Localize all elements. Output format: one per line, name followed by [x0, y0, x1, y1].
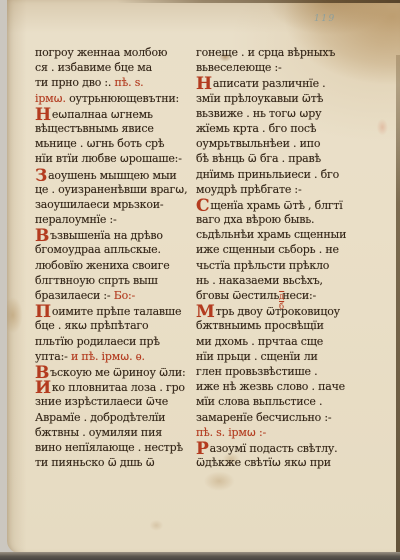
- text-run: азоумï подасть свѣтлу.: [210, 442, 338, 455]
- text-run: нïи втïи любве ѡрошаше:-: [35, 152, 182, 165]
- text-run: аписати различнïе .: [213, 77, 326, 90]
- page-edge-right: [396, 55, 400, 553]
- manuscript-line: иже сщенныи сьборь . не: [196, 243, 371, 258]
- manuscript-line: иже нѣ жезвь слово . паче: [196, 380, 371, 395]
- text-run: и пѣ. ірмѡ. ѳ.: [71, 350, 145, 363]
- text-run: бѣ вѣнць ѿ бга . правѣ: [196, 152, 321, 165]
- manuscript-line: мïи слова вьпльстисе .: [196, 395, 371, 410]
- manuscript-line: оумрьтвыльнѣеи . ипо: [196, 137, 371, 152]
- manuscript-line: ся . избавиме бце ма: [35, 61, 210, 76]
- manuscript-line: Ико пловнитаа лоза . гро: [35, 380, 210, 395]
- manuscript-line: моудрѣ прѣбгате :-: [196, 183, 371, 198]
- text-run: ти прно дво :.: [35, 76, 115, 89]
- text-run: пералоумнïе :-: [35, 213, 117, 226]
- manuscript-line: упта:- и пѣ. ірмѡ. ѳ.: [35, 350, 210, 365]
- manuscript-photo: 119 погроу женнаа молбоюся . избавиме бц…: [0, 0, 400, 560]
- manuscript-line: ми дхомь . прчтаа сще: [196, 335, 371, 350]
- manuscript-line: вьзвиже . нь тогѡ ѡру: [196, 107, 371, 122]
- text-run: вѣщестъвнымь явисе: [35, 122, 154, 135]
- text-run: днïимь приньльиеси . бго: [196, 168, 339, 181]
- manuscript-line: зние изрѣстилаеси ѿче: [35, 395, 210, 410]
- manuscript-line: нïи прьци . сщенïи ли: [196, 350, 371, 365]
- text-run: ваго дха вѣрою бывь.: [196, 213, 314, 226]
- text-run: погроу женнаа молбою: [35, 46, 167, 59]
- page-edge-top: [117, 0, 400, 3]
- text-run: бжтвныимь просвѣщïи: [196, 319, 324, 332]
- manuscript-line: блгтвноую спрть выш: [35, 274, 210, 289]
- manuscript-line: пльтïю родилаеси прѣ: [35, 335, 210, 350]
- text-run: ъзвышенïа на дрѣво: [50, 229, 163, 242]
- manuscript-line: Неѡпалнаа ѡгнемь: [35, 107, 210, 122]
- text-run: оумрьтвыльнѣеи . ипо: [196, 137, 320, 150]
- text-run: сьдѣльнѣи храмь сщенныи: [196, 228, 346, 241]
- manuscript-line: пѣ. ѕ. ірмѡ :-: [196, 426, 371, 441]
- text-run: щенïа храмь ѿтѣ , блгтï: [210, 199, 342, 212]
- manuscript-line: нïи втïи любве ѡрошаше:-: [35, 152, 210, 167]
- manuscript-line: замаренïе бесчисльно :-: [196, 411, 371, 426]
- manuscript-line: вѣщестъвнымь явисе: [35, 122, 210, 137]
- manuscript-line: жïемь крта . бго посѣ: [196, 122, 371, 137]
- manuscript-line: бце . якѡ прѣпѣтаго: [35, 319, 210, 334]
- manuscript-line: любовïю жениха своиге: [35, 259, 210, 274]
- text-run: пѣ. ѕ. ірмѡ :-: [196, 426, 266, 439]
- manuscript-line: Въскоую ме ѿриноу ѿли:: [35, 365, 210, 380]
- text-run: бговы ѿестиль неси:-: [196, 289, 316, 302]
- margin-note-letter: д: [279, 292, 284, 302]
- manuscript-line: чьстïа прѣльсти прѣкло: [196, 259, 371, 274]
- manuscript-line: ти прно дво :. пѣ. ѕ.: [35, 76, 210, 91]
- manuscript-line: це . оуизраненѣвши врагѡ,: [35, 183, 210, 198]
- folio-number: 119: [314, 14, 336, 24]
- manuscript-line: Разоумï подасть свѣтлу.: [196, 441, 371, 456]
- text-run: Аврамïе . добродѣтелïи: [35, 411, 165, 424]
- text-run: вино непïялающе . нестрѣ: [35, 441, 183, 454]
- manuscript-page: 119 погроу женнаа молбоюся . избавиме бц…: [7, 0, 400, 553]
- text-run: зние изрѣстилаеси ѿче: [35, 395, 168, 408]
- text-run: глен провьзвѣстише .: [196, 365, 317, 378]
- text-run: пѣ. ѕ.: [115, 76, 144, 89]
- manuscript-line: бгомоудраа апльскые.: [35, 243, 210, 258]
- text-run: аоушень мышцею мыи: [48, 169, 176, 182]
- text-run: бгомоудраа апльскые.: [35, 243, 161, 256]
- manuscript-line: бжтвны . оумиляи пия: [35, 426, 210, 441]
- text-run: бжтвны . оумиляи пия: [35, 426, 162, 439]
- margin-note-letter: б: [279, 302, 284, 312]
- text-run: нь . наказаеми вьсѣхъ,: [196, 274, 323, 287]
- text-run: трь двоу ѿтроковицоу: [216, 305, 340, 318]
- manuscript-line: ѿдѣкже свѣтïѡ якѡ при: [196, 456, 371, 471]
- manuscript-line: Написати различнïе .: [196, 76, 371, 91]
- manuscript-line: сьдѣльнѣи храмь сщенныи: [196, 228, 371, 243]
- text-run: бце . якѡ прѣпѣтаго: [35, 319, 148, 332]
- text-run: моудрѣ прѣбгате :-: [196, 183, 301, 196]
- margin-note: дб: [279, 292, 284, 312]
- manuscript-line: бразилаеси :- Бо:-: [35, 289, 210, 304]
- manuscript-line: мьнице . ѡгнь боть срѣ: [35, 137, 210, 152]
- column-right: гонеще . и срца вѣрныхъвьвеселеюще :-Нап…: [196, 46, 371, 471]
- manuscript-line: погроу женнаа молбою: [35, 46, 210, 61]
- text-run: ми дхомь . прчтаа сще: [196, 335, 323, 348]
- manuscript-line: вьвеселеюще :-: [196, 61, 371, 76]
- manuscript-line: заоушилаеси мрьзкои-: [35, 198, 210, 213]
- text-run: ко пловнитаа лоза . гро: [52, 381, 185, 394]
- text-run: мïи слова вьпльстисе .: [196, 395, 322, 408]
- text-run: пльтïю родилаеси прѣ: [35, 335, 160, 348]
- manuscript-line: Заоушень мышцею мыи: [35, 168, 210, 183]
- manuscript-line: пералоумнïе :-: [35, 213, 210, 228]
- text-run: ъскоую ме ѿриноу ѿли:: [50, 366, 185, 379]
- manuscript-line: нь . наказаеми вьсѣхъ,: [196, 274, 371, 289]
- text-run: заоушилаеси мрьзкои-: [35, 198, 163, 211]
- manuscript-line: бжтвныимь просвѣщïи: [196, 319, 371, 334]
- text-run: бразилаеси :-: [35, 289, 114, 302]
- manuscript-line: змïи прѣлоукавыи ѿтѣ: [196, 92, 371, 107]
- text-run: еѡпалнаа ѡгнемь: [52, 108, 153, 121]
- photo-edge-bottom: [0, 552, 400, 560]
- text-run: ѿдѣкже свѣтïѡ якѡ при: [196, 456, 331, 469]
- text-run: упта:-: [35, 350, 71, 363]
- manuscript-line: вино непïялающе . нестрѣ: [35, 441, 210, 456]
- text-run: ся . избавиме бце ма: [35, 61, 152, 74]
- manuscript-line: Сщенïа храмь ѿтѣ , блгтï: [196, 198, 371, 213]
- text-run: ірмѡ.: [35, 92, 69, 105]
- column-left: погроу женнаа молбоюся . избавиме бце ма…: [35, 46, 210, 471]
- manuscript-line: глен провьзвѣстише .: [196, 365, 371, 380]
- text-run: ти пияньско ѿ дшь ѿ: [35, 456, 155, 469]
- manuscript-line: ірмѡ. оутрьнюющевътни:: [35, 92, 210, 107]
- text-run: жïемь крта . бго посѣ: [196, 122, 316, 135]
- text-run: гонеще . и срца вѣрныхъ: [196, 46, 335, 59]
- text-run: иже нѣ жезвь слово . паче: [196, 380, 345, 393]
- text-run: вьвеселеюще :-: [196, 61, 282, 74]
- manuscript-line: ти пияньско ѿ дшь ѿ: [35, 456, 210, 471]
- text-run: вьзвиже . нь тогѡ ѡру: [196, 107, 321, 120]
- text-run: оутрьнюющевътни:: [69, 92, 179, 105]
- manuscript-line: гонеще . и срца вѣрныхъ: [196, 46, 371, 61]
- text-run: Бо:-: [114, 289, 135, 302]
- text-run: мьнице . ѡгнь боть срѣ: [35, 137, 164, 150]
- manuscript-line: днïимь приньльиеси . бго: [196, 168, 371, 183]
- manuscript-line: ваго дха вѣрою бывь.: [196, 213, 371, 228]
- text-run: замаренïе бесчисльно :-: [196, 411, 331, 424]
- manuscript-line: Аврамïе . добродѣтелïи: [35, 411, 210, 426]
- text-run: оимите прѣпе талавше: [52, 305, 181, 318]
- text-run: любовïю жениха своиге: [35, 259, 170, 272]
- text-run: це . оуизраненѣвши врагѡ,: [35, 183, 187, 196]
- manuscript-line: бѣ вѣнць ѿ бга . правѣ: [196, 152, 371, 167]
- text-run: иже сщенныи сьборь . не: [196, 243, 339, 256]
- manuscript-line: Възвышенïа на дрѣво: [35, 228, 210, 243]
- text-run: чьстïа прѣльсти прѣкло: [196, 259, 329, 272]
- text-run: змïи прѣлоукавыи ѿтѣ: [196, 92, 323, 105]
- text-run: блгтвноую спрть выш: [35, 274, 158, 287]
- manuscript-line: Поимите прѣпе талавше: [35, 304, 210, 319]
- text-run: нïи прьци . сщенïи ли: [196, 350, 318, 363]
